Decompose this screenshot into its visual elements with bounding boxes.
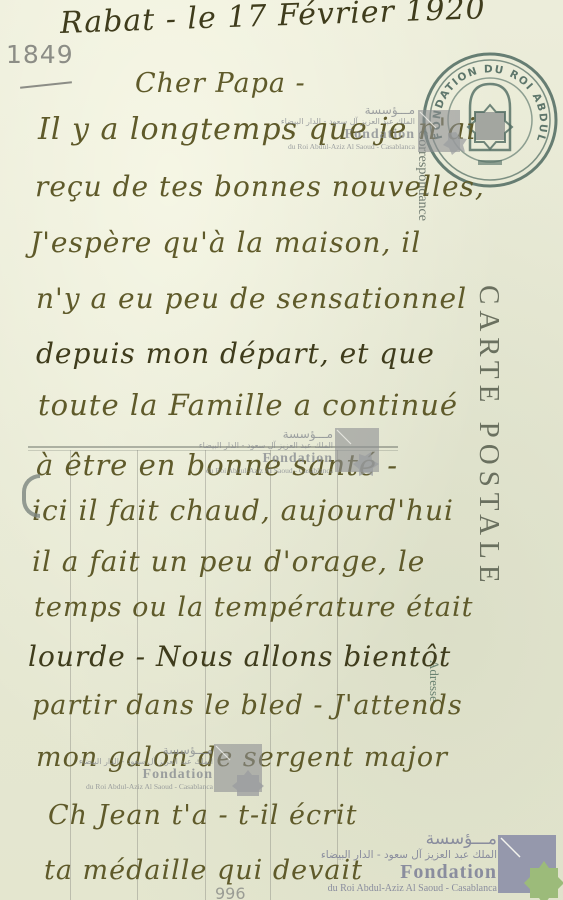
- watermark-arabic-subtitle: الملك عبد العزيز آل سعود - الدار البيضاء: [79, 757, 213, 767]
- letter-line: Ch Jean t'a - t-il écrit: [48, 800, 357, 831]
- foundation-watermark: مـــؤسسة الملك عبد العزيز آل سعود - الدا…: [199, 428, 333, 475]
- watermark-arabic-subtitle: الملك عبد العزيز آل سعود - الدار البيضاء: [321, 849, 497, 862]
- watermark-french-subtitle: du Roi Abdul-Aziz Al Saoud - Casablanca: [321, 883, 497, 895]
- watermark-arabic-subtitle: الملك عبد العزيز آل سعود - الدار البيضاء: [281, 117, 415, 127]
- letter-line: ici il fait chaud, aujourd'hui: [32, 494, 454, 527]
- watermark-arabic-title: مـــؤسسة: [321, 830, 497, 849]
- watermark-arabic-title: مـــؤسسة: [281, 104, 415, 117]
- archive-number: 1849: [6, 40, 74, 69]
- watermark-french-title: Fondation: [79, 767, 213, 782]
- pencil-mark: 996: [215, 884, 246, 900]
- watermark-arabic-title: مـــؤسسة: [199, 428, 333, 441]
- letter-salutation: Cher Papa -: [135, 68, 306, 99]
- watermark-arabic-subtitle: الملك عبد العزيز آل سعود - الدار البيضاء: [199, 441, 333, 451]
- watermark-french-title: Fondation: [281, 127, 415, 142]
- foundation-logo-icon: [498, 835, 563, 900]
- letter-line: partir dans le bled - J'attends: [32, 690, 463, 721]
- partial-postmark: [22, 474, 40, 518]
- letter-line: ta médaille qui devait: [44, 855, 363, 886]
- letter-dateline: Rabat - le 17 Février 1920: [59, 0, 486, 41]
- letter-line: lourde - Nous allons bientôt: [28, 640, 451, 673]
- watermark-arabic-title: مـــؤسسة: [79, 744, 213, 757]
- foundation-logo-icon: [214, 744, 266, 796]
- watermark-french-subtitle: du Roi Abdul-Aziz Al Saoud - Casablanca: [281, 142, 415, 151]
- foundation-watermark: مـــؤسسة الملك عبد العزيز آل سعود - الدا…: [79, 744, 213, 791]
- watermark-french-title: Fondation: [321, 861, 497, 883]
- letter-line: J'espère qu'à la maison, il: [30, 226, 421, 259]
- letter-line: il a fait un peu d'orage, le: [32, 545, 425, 578]
- carte-postale-label: CARTE POSTALE: [472, 285, 505, 589]
- foundation-logo-icon: [418, 110, 468, 160]
- letter-line: reçu de tes bonnes nouvelles,: [35, 170, 485, 203]
- letter-line: n'y a eu peu de sensationnel: [36, 282, 467, 315]
- letter-line: temps ou la température était: [34, 592, 474, 623]
- watermark-french-subtitle: du Roi Abdul-Aziz Al Saoud - Casablanca: [199, 466, 333, 475]
- watermark-french-title: Fondation: [199, 451, 333, 466]
- foundation-watermark: مـــؤسسة الملك عبد العزيز آل سعود - الدا…: [321, 830, 497, 895]
- archive-number-underline: [20, 81, 72, 88]
- letter-line: toute la Famille a continué: [38, 388, 458, 422]
- postcard-back: 1849 Correspondance CARTE POSTALE Adress…: [0, 0, 563, 900]
- letter-line: depuis mon départ, et que: [36, 337, 435, 370]
- foundation-watermark: مـــؤسسة الملك عبد العزيز آل سعود - الدا…: [281, 104, 415, 151]
- watermark-french-subtitle: du Roi Abdul-Aziz Al Saoud - Casablanca: [79, 782, 213, 791]
- foundation-logo-icon: [335, 428, 385, 478]
